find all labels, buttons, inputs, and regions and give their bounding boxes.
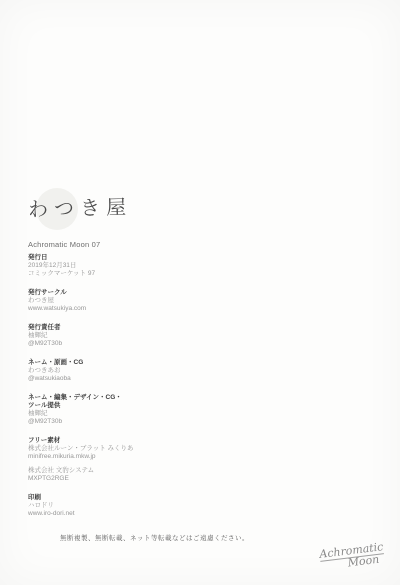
colophon-section: 発行日2019年12月31日コミックマーケット 97	[28, 254, 178, 278]
section-line: www.iro-dori.net	[28, 510, 178, 518]
section-line: 2019年12月31日	[28, 262, 178, 270]
section-label: 発行責任者	[28, 324, 178, 332]
section-line: コミックマーケット 97	[28, 270, 178, 278]
colophon-section: 印刷ハロドリwww.iro-dori.net	[28, 494, 178, 518]
section-label: ネーム・編集・デザイン・CG・ ツール提供	[28, 394, 178, 410]
section-line: わつき屋	[28, 297, 178, 305]
section-line: @M92T30b	[28, 340, 178, 348]
section-line: minifree.mikuria.mkw.jp	[28, 453, 178, 461]
section-line: MXPTG2RGE	[28, 475, 178, 483]
section-label: フリー素材	[28, 437, 178, 445]
section-label: 発行サークル	[28, 289, 178, 297]
section-label: ネーム・原画・CG	[28, 359, 178, 367]
colophon-section: フリー素材株式会社ルーン・ブラット みくりあminifree.mikuria.m…	[28, 437, 178, 483]
section-label: 印刷	[28, 494, 178, 502]
signature-line-2: Moon	[347, 553, 385, 568]
section-line: @watsukiaoba	[28, 375, 178, 383]
section-line: ハロドリ	[28, 502, 178, 510]
colophon-section: ネーム・編集・デザイン・CG・ ツール提供柚輝紀@M92T30b	[28, 394, 178, 426]
section-line: 柚輝紀	[28, 410, 178, 418]
reproduction-notice: 無断複製、無断転載、ネット等転載などはご遠慮ください。	[60, 533, 249, 542]
section-label: 発行日	[28, 254, 178, 262]
series-title: Achromatic Moon 07	[28, 240, 100, 249]
colophon-section: ネーム・原画・CGわつきあお@watsukiaoba	[28, 359, 178, 383]
colophon-section: 発行責任者柚輝紀@M92T30b	[28, 324, 178, 348]
section-line: www.watsukiya.com	[28, 305, 178, 313]
circle-logo-text: わつき屋	[28, 191, 133, 223]
section-line: 柚輝紀	[28, 332, 178, 340]
handwritten-signature: Achromatic Moon	[319, 541, 385, 572]
colophon-section: 発行サークルわつき屋www.watsukiya.com	[28, 289, 178, 313]
section-line: 株式会社ルーン・ブラット みくりあ	[28, 445, 178, 453]
colophon-page: わつき屋 Achromatic Moon 07 発行日2019年12月31日コミ…	[0, 0, 400, 585]
colophon-sections: 発行日2019年12月31日コミックマーケット 97発行サークルわつき屋www.…	[28, 254, 178, 529]
section-line: わつきあお	[28, 367, 178, 375]
section-line: 株式会社 文豹システム	[28, 467, 178, 475]
section-line: @M92T30b	[28, 418, 178, 426]
